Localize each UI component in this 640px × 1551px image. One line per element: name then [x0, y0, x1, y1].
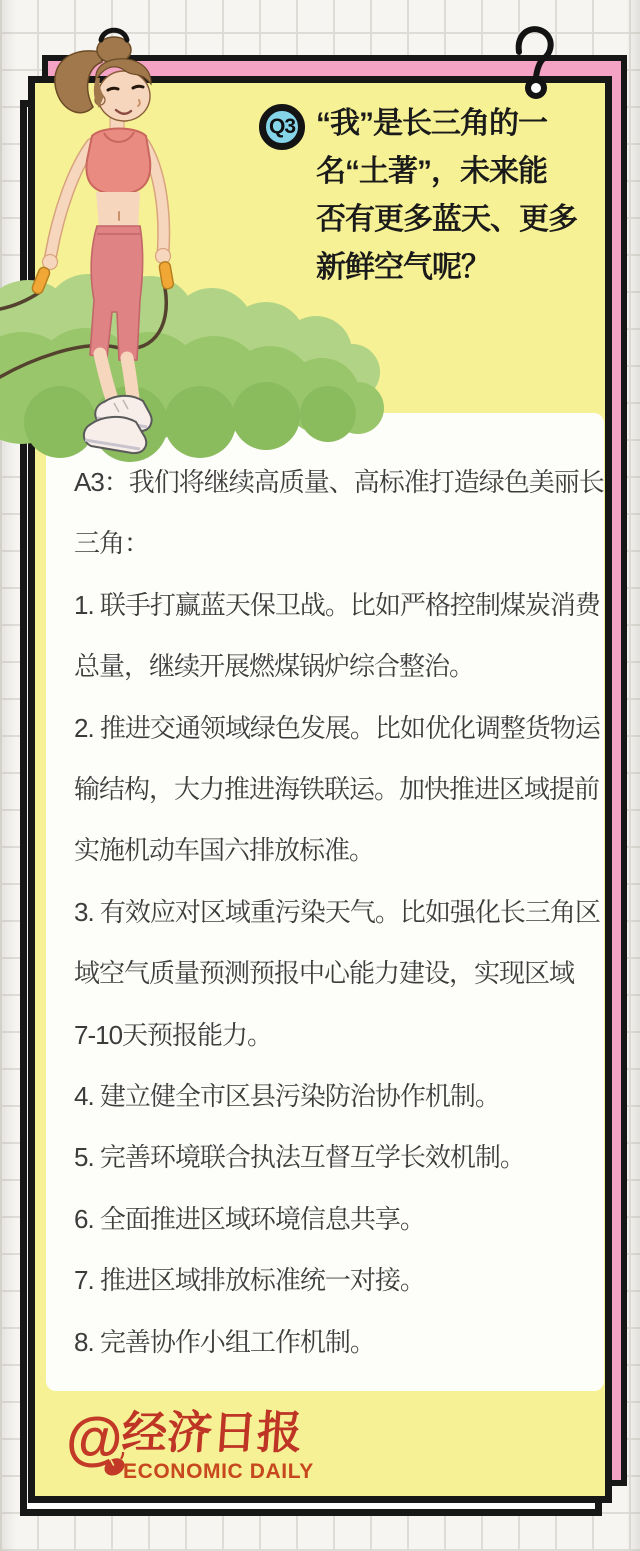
- question-badge: Q3: [259, 104, 305, 150]
- question-text: “我”是长三角的一名“土著”，未来能否有更多蓝天、更多新鲜空气呢？: [316, 100, 577, 292]
- logo-english-text: ECONOMIC DAILY: [123, 1460, 314, 1484]
- logo-chinese-text: 经济日报: [120, 1408, 304, 1458]
- economic-daily-logo: @ 经济日报 ECONOMIC DAILY: [66, 1408, 326, 1492]
- answer-text: A3：我们将继续高质量、高标准打造绿色美丽长三角：1. 联手打赢蓝天保卫战。比如…: [74, 452, 604, 1373]
